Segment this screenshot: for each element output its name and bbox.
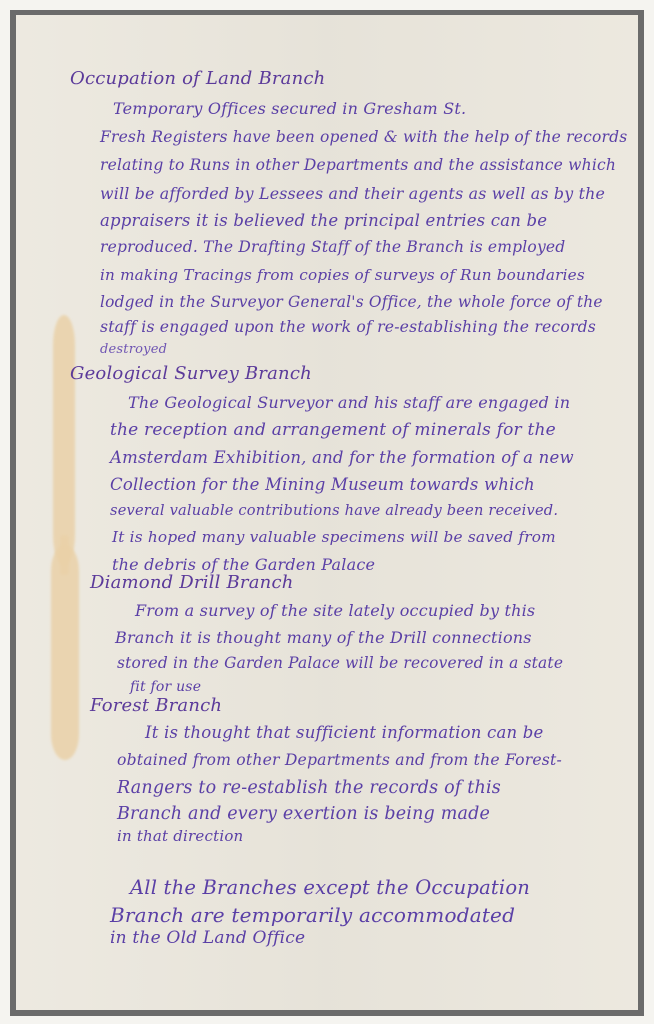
body-line: Rangers to re-establish the records of t… <box>117 780 501 798</box>
section-heading-occupation: Occupation of Land Branch <box>70 70 325 88</box>
body-line: obtained from other Departments and from… <box>117 753 562 769</box>
water-stain <box>53 315 75 565</box>
body-line: several valuable contributions have alre… <box>110 504 558 519</box>
body-line: From a survey of the site lately occupie… <box>135 603 535 619</box>
closing-line: Branch are temporarily accommodated <box>110 905 515 925</box>
section-heading-diamond-drill: Diamond Drill Branch <box>90 574 294 592</box>
body-line: reproduced. The Drafting Staff of the Br… <box>100 240 565 256</box>
body-line: lodged in the Surveyor General's Office,… <box>100 295 603 310</box>
body-line: Fresh Registers have been opened & with … <box>100 130 627 146</box>
closing-line: All the Branches except the Occupation <box>130 878 530 898</box>
body-line: Collection for the Mining Museum towards… <box>110 477 535 494</box>
body-line: will be afforded by Lessees and their ag… <box>100 186 605 202</box>
body-line: The Geological Surveyor and his staff ar… <box>128 395 570 411</box>
body-line: appraisers it is believed the principal … <box>100 213 547 230</box>
body-line: It is hoped many valuable specimens will… <box>112 530 556 545</box>
closing-line: in the Old Land Office <box>110 930 305 947</box>
body-line: fit for use <box>130 680 201 694</box>
body-line: stored in the Garden Palace will be reco… <box>117 656 563 671</box>
body-line: staff is engaged upon the work of re-est… <box>100 320 596 336</box>
body-line: the reception and arrangement of mineral… <box>110 422 556 439</box>
body-line: destroyed <box>100 343 167 356</box>
body-line: the debris of the Garden Palace <box>112 557 375 573</box>
body-line: Branch it is thought many of the Drill c… <box>115 630 532 646</box>
body-line: Amsterdam Exhibition, and for the format… <box>110 450 574 467</box>
body-line: relating to Runs in other Departments an… <box>100 158 616 174</box>
body-line: in making Tracings from copies of survey… <box>100 268 585 283</box>
water-stain <box>51 545 79 760</box>
body-line: It is thought that sufficient informatio… <box>145 725 544 742</box>
body-line: Branch and every exertion is being made <box>117 806 490 824</box>
body-line: Temporary Offices secured in Gresham St. <box>113 101 466 117</box>
body-line: in that direction <box>117 829 243 844</box>
section-heading-forest: Forest Branch <box>90 697 222 715</box>
section-heading-geological: Geological Survey Branch <box>70 365 312 383</box>
